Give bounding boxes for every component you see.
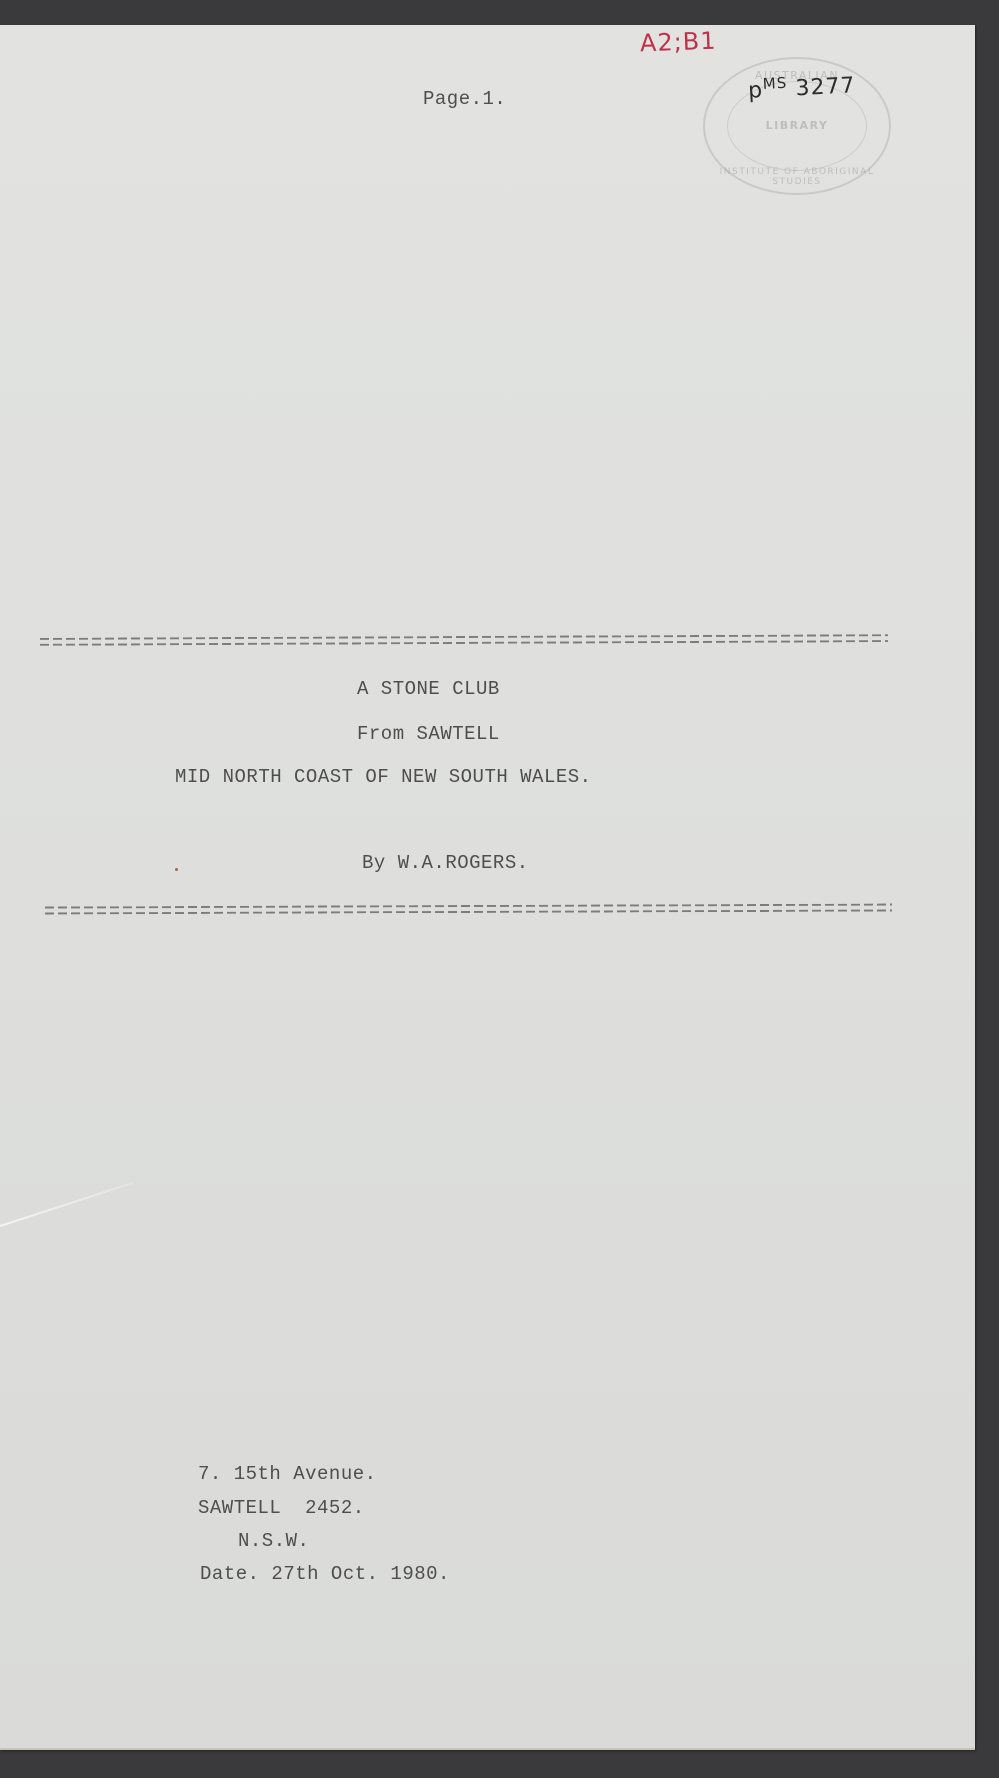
catalogue-number: pMS 3277 xyxy=(747,70,856,104)
catalogue-digits: 3277 xyxy=(795,73,856,101)
stamp-center-text: LIBRARY xyxy=(705,119,889,132)
document-date: Date. 27th Oct. 1980. xyxy=(200,1565,450,1584)
bottom-rule xyxy=(45,904,892,915)
catalogue-prefix: p xyxy=(747,78,763,104)
top-rule xyxy=(40,634,888,646)
document-page: A2;B1 AUSTRALIAN LIBRARY INSTITUTE OF AB… xyxy=(0,25,975,1750)
page-number: Page.1. xyxy=(423,90,506,109)
author-line: By W.A.ROGERS. xyxy=(362,854,529,873)
address-line-1: 7. 15th Avenue. xyxy=(198,1465,377,1484)
title-line-3: MID NORTH COAST OF NEW SOUTH WALES. xyxy=(175,768,592,787)
title-line-1: A STONE CLUB xyxy=(357,680,500,699)
catalogue-sup: MS xyxy=(762,74,787,93)
address-line-2: SAWTELL 2452. xyxy=(198,1499,365,1518)
ink-speck xyxy=(175,868,178,871)
stamp-bottom-text: INSTITUTE OF ABORIGINAL STUDIES xyxy=(705,167,889,187)
title-line-2: From SAWTELL xyxy=(357,725,500,744)
red-annotation: A2;B1 xyxy=(640,27,717,58)
paper-crease xyxy=(0,1182,133,1227)
address-line-3: N.S.W. xyxy=(238,1532,309,1551)
